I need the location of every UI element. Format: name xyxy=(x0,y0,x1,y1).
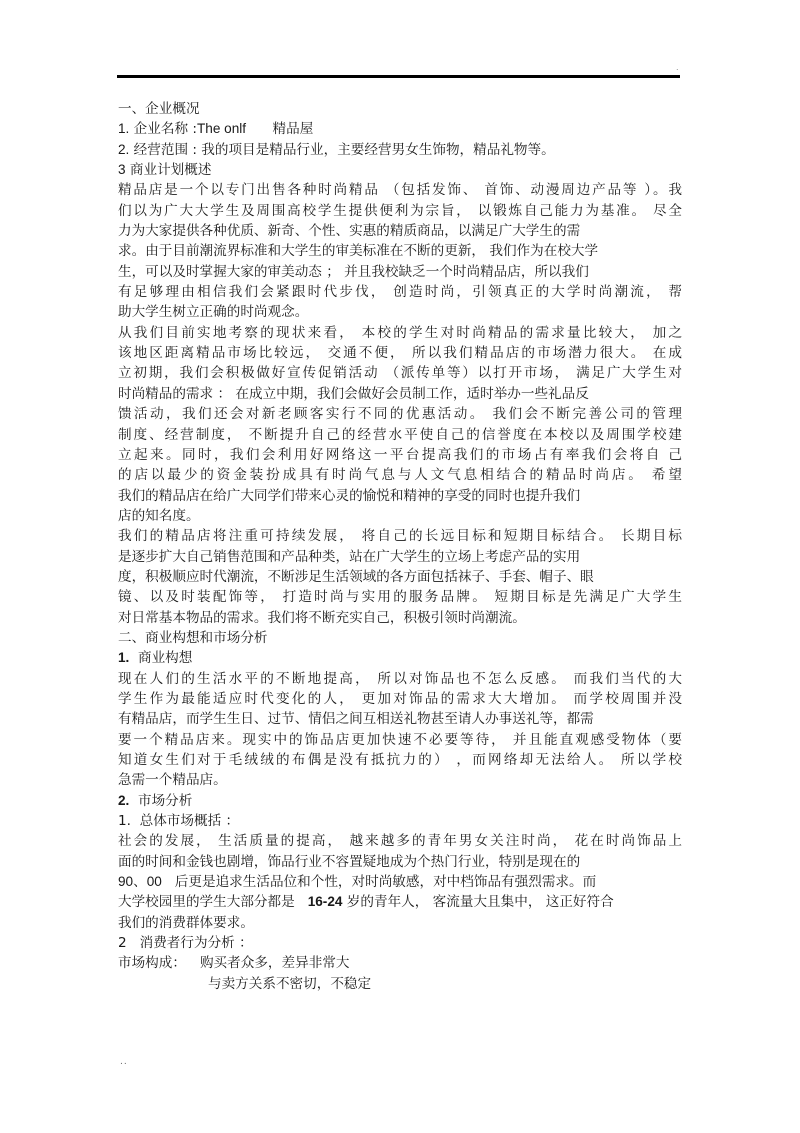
paragraph-market-potential: 从我们目前实地考察的现状来看， 本校的学生对时尚精品的需求量比较大， 加之 该地… xyxy=(118,323,682,526)
paragraph-line: 求。由于目前潮流界标准和大学生的审美标准在不断的更新， 我们作为在校大学 xyxy=(118,241,682,261)
item-number: 1. xyxy=(118,121,129,136)
paragraph-line: 知道女生们对于毛绒绒的布偶是没有抵抗力的） ，而网络却无法给人。 所以学校 xyxy=(118,750,682,770)
paragraph-line: 我们的精品店将注重可持续发展， 将自己的长远目标和短期目标结合。 长期目标 xyxy=(118,526,682,546)
paragraph-line: 店的知名度。 xyxy=(118,506,682,526)
paragraph-line: 有精品店，而学生生日、过节、情侣之间互相送礼物甚至请人办事送礼等，都需 xyxy=(118,709,682,729)
section-2-title: 二、商业构想和市场分析 xyxy=(118,628,682,648)
paragraph-overall-market: 社会的发展， 生活质量的提高， 越来越多的青年男女关注时尚， 花在时尚饰品上 面… xyxy=(118,831,682,933)
paragraph-line: 立起来。同时，我们会利用好网络这一平台提高我们的市场占有率我们会将自 己 xyxy=(118,445,682,465)
paragraph-line: 是逐步扩大自己销售范围和产品种类，站在广大学生的立场上考虑产品的实用 xyxy=(118,547,682,567)
paragraph-line: 们以为广大大学生及周围高校学生提供便利为宗旨， 以锻炼自己能力为基准。 尽全 xyxy=(118,201,682,221)
document-body: 一、企业概况 1. 企业名称 :The onlf 精品屋 2. 经营范围 : 我… xyxy=(118,99,682,994)
header-corner-mark: . xyxy=(676,64,679,72)
paragraph-text: 岁的青年人， 客流量大且集中， 这正好符合 xyxy=(342,894,613,910)
business-concept-title: 商业构想 xyxy=(129,650,192,666)
company-name-label: 企业名称 : xyxy=(129,121,197,137)
paragraph-line: 助大学生树立正确的时尚观念。 xyxy=(118,302,682,322)
paragraph-line: 学生作为最能适应时代变化的人， 更加对饰品的需求大大增加。 而学校周围并没 xyxy=(118,689,682,709)
paragraph-line: 时尚精品的需求 ： 在成立中期，我们会做好会员制工作，适时举办一些礼品反 xyxy=(118,384,682,404)
paragraph-line: 镜、以及时装配饰等， 打造时尚与实用的服务品牌。 短期目标是先满足广大学生 xyxy=(118,587,682,607)
paragraph-line: 90、00 后更是追求生活品位和个性，对时尚敏感，对中档饰品有强烈需求。而 xyxy=(118,872,682,892)
market-analysis-title: 市场分析 xyxy=(129,793,192,809)
generation-label: 90、00 xyxy=(118,874,162,889)
paragraph-line: 我们的精品店在给广大同学们带来心灵的愉悦和精神的享受的同时也提升我们 xyxy=(118,486,682,506)
paragraph-line: 制度、经营制度， 不断提升自己的经营水平使自己的信誉度在本校以及周围学校建 xyxy=(118,425,682,445)
market-analysis-heading: 2. 市场分析 xyxy=(118,791,682,811)
item-number: 1. xyxy=(118,650,129,665)
business-scope-text: 经营范围 : 我的项目是精品行业，主要经营男女生饰物，精品礼物等。 xyxy=(129,142,554,158)
header-rule xyxy=(117,75,680,78)
plan-overview-heading: 3 商业计划概述 xyxy=(118,160,682,180)
paragraph-line: 的店以最少的资金装扮成具有时尚气息与人文气息相结合的精品时尚店。 希望 xyxy=(118,465,682,485)
paragraph-line: 从我们目前实地考察的现状来看， 本校的学生对时尚精品的需求量比较大， 加之 xyxy=(118,323,682,343)
paragraph-line: 有足够理由相信我们会紧跟时代步伐， 创造时尚，引领真正的大学时尚潮流， 帮 xyxy=(118,282,682,302)
market-structure-item: 与卖方关系不密切，不稳定 xyxy=(118,974,682,994)
company-name-value: The onlf 精品屋 xyxy=(197,121,313,136)
market-structure-item: 购买者众多，差异非常大 xyxy=(186,955,350,971)
item-number: 2. xyxy=(118,142,129,157)
paragraph-line: 生，可以及时掌握大家的审美动态 ； 并且我校缺乏一个时尚精品店，所以我们 xyxy=(118,262,682,282)
age-range: 16-24 xyxy=(308,894,343,909)
paragraph-line: 对日常基本物品的需求。我们将不断充实自己，积极引领时尚潮流。 xyxy=(118,608,682,628)
company-name-line: 1. 企业名称 :The onlf 精品屋 xyxy=(118,119,682,139)
paragraph-line: 要一个精品店来。现实中的饰品店更加快速不必要等待， 并且能直观感受物体（要 xyxy=(118,730,682,750)
paragraph-overview: 精品店是一个以专门出售各种时尚精品 （包括发饰、 首饰、动漫周边产品等 ）。我 … xyxy=(118,180,682,322)
market-structure-label: 市场构成： xyxy=(118,955,186,971)
item-number: 3 xyxy=(118,162,126,177)
market-structure-line: 市场构成：购买者众多，差异非常大 xyxy=(118,953,682,973)
paragraph-line: 面的时间和金钱也剧增，饰品行业不容置疑地成为个热门行业，特别是现在的 xyxy=(118,852,682,872)
paragraph-line: 我们的消费群体要求。 xyxy=(118,913,682,933)
paragraph-line: 该地区距离精品市场比较远， 交通不便， 所以我们精品店的市场潜力很大。 在成 xyxy=(118,343,682,363)
footer-marks: .. xyxy=(120,1058,128,1067)
paragraph-line: 馈活动，我们还会对新老顾客实行不同的优惠活动。 我们会不断完善公司的管理 xyxy=(118,404,682,424)
paragraph-line: 力为大家提供各种优质、新奇、个性、实惠的精质商品，以满足广大学生的需 xyxy=(118,221,682,241)
consumer-behavior-heading: 2 消费者行为分析 ： xyxy=(118,933,682,953)
paragraph-text: 后更是追求生活品位和个性，对时尚敏感，对中档饰品有强烈需求。而 xyxy=(162,874,596,890)
paragraph-line: 度，积极顺应时代潮流，不断涉足生活领域的各方面包括袜子、手套、帽子、眼 xyxy=(118,567,682,587)
overall-market-heading: 1. 总体市场概括 ： xyxy=(118,811,682,831)
paragraph-business-concept: 现在人们的生活水平的不断地提高， 所以对饰品也不怎么反感。 而我们当代的大 学生… xyxy=(118,669,682,791)
paragraph-line: 大学校园里的学生大部分都是 16-24 岁的青年人， 客流量大且集中， 这正好符… xyxy=(118,892,682,912)
item-number: 2. xyxy=(118,793,129,808)
paragraph-line: 急需一个精品店。 xyxy=(118,770,682,790)
paragraph-line: 立初期，我们会积极做好宣传促销活动 （派传单等）以打开市场， 满足广大学生对 xyxy=(118,363,682,383)
paragraph-line: 精品店是一个以专门出售各种时尚精品 （包括发饰、 首饰、动漫周边产品等 ）。我 xyxy=(118,180,682,200)
paragraph-text: 大学校园里的学生大部分都是 xyxy=(118,894,308,910)
paragraph-goals: 我们的精品店将注重可持续发展， 将自己的长远目标和短期目标结合。 长期目标 是逐… xyxy=(118,526,682,628)
paragraph-line: 社会的发展， 生活质量的提高， 越来越多的青年男女关注时尚， 花在时尚饰品上 xyxy=(118,831,682,851)
business-scope-line: 2. 经营范围 : 我的项目是精品行业，主要经营男女生饰物，精品礼物等。 xyxy=(118,140,682,160)
business-concept-heading: 1. 商业构想 xyxy=(118,648,682,668)
plan-overview-title: 商业计划概述 xyxy=(126,162,212,178)
paragraph-line: 现在人们的生活水平的不断地提高， 所以对饰品也不怎么反感。 而我们当代的大 xyxy=(118,669,682,689)
section-1-title: 一、企业概况 xyxy=(118,99,682,119)
